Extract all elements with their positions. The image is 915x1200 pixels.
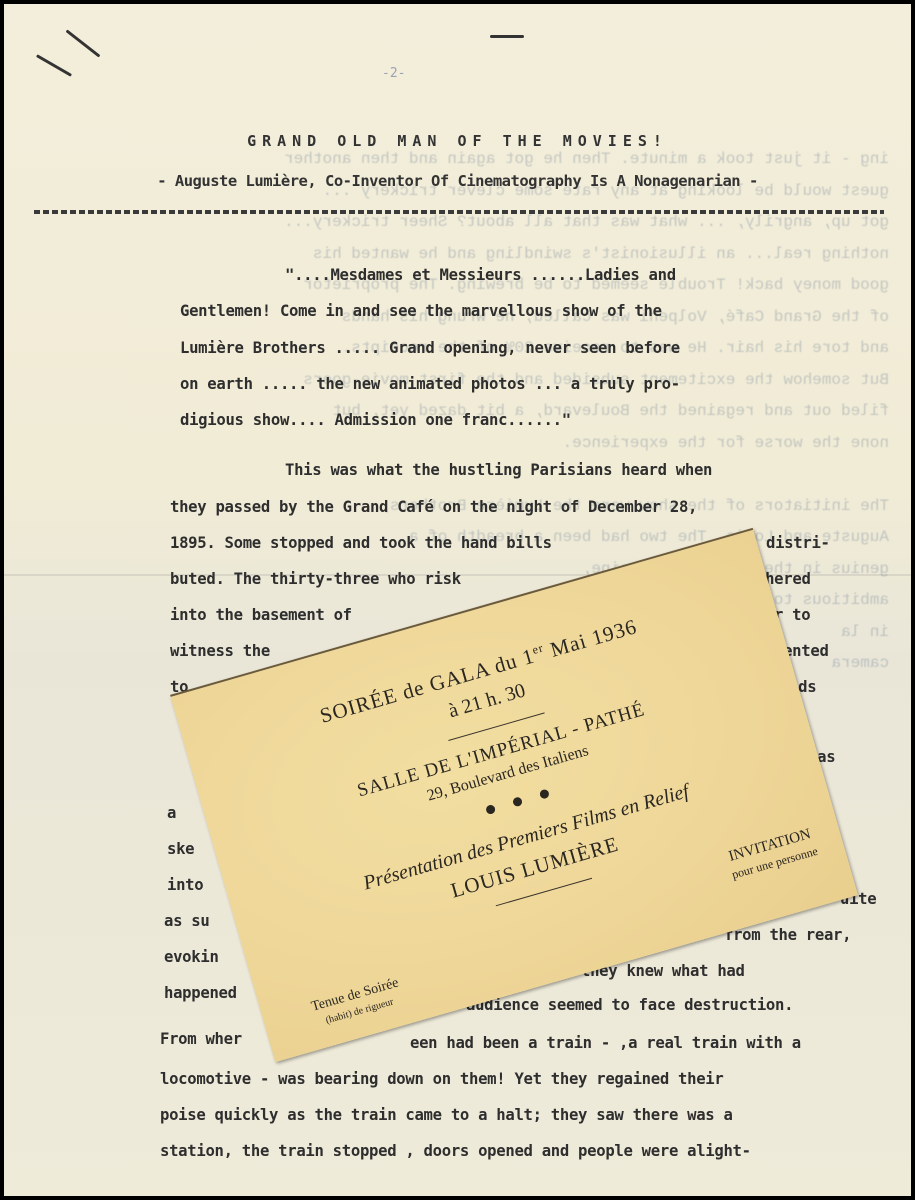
body-line: audience seemed to face destruction. [466,996,793,1014]
body-line: locomotive - was bearing down on them! Y… [160,1070,723,1088]
body-line: a [167,804,176,822]
body-line: distri- [766,534,830,552]
body-line: This was what the hustling Parisians hea… [285,461,712,479]
body-line: 1895. Some stopped and took the hand bil… [170,534,552,552]
body-line: on earth ..... the new animated photos .… [180,375,680,393]
body-line: witness the [170,642,270,660]
body-line: buted. The thirty-three who risk [170,570,461,588]
body-line: into [167,876,203,894]
body-line: station, the train stopped , doors opene… [160,1142,751,1160]
body-line: from the rear, [724,926,851,944]
dashed-divider [34,210,884,214]
body-line: digious show.... Admission one franc....… [180,411,571,429]
ornament-dot [539,789,550,800]
body-line: Lumière Brothers ..... Grand opening, ne… [180,339,680,357]
body-line: ske [167,840,194,858]
typewritten-page: ing - it just took a minute. Then he got… [4,4,911,1196]
page-number: -2- [382,66,405,81]
ornament-dot [485,804,496,815]
body-line: evokin [164,948,219,966]
body-line: happened [164,984,237,1002]
ornament-dot [512,796,523,807]
body-line: From wher [160,1030,242,1048]
body-line: "....Mesdames et Messieurs ......Ladies … [285,266,676,284]
body-line: poise quickly as the train came to a hal… [160,1106,733,1124]
staple-mark [66,29,101,57]
body-text: "....Mesdames et Messieurs ......Ladies … [4,4,40,634]
body-line: they passed by the Grand Café on the nig… [170,498,697,516]
body-line: Gentlemen! Come in and see the marvellou… [180,302,662,320]
body-line: into the basement of [170,606,352,624]
body-line: een had been a train - ,a real train wit… [410,1034,801,1052]
staple-mark [490,35,524,38]
document-subtitle: - Auguste Lumière, Co-Inventor Of Cinema… [4,172,911,190]
document-title: GRAND OLD MAN OF THE MOVIES! [4,132,911,150]
body-line: as su [164,912,209,930]
staple-mark [36,54,72,77]
